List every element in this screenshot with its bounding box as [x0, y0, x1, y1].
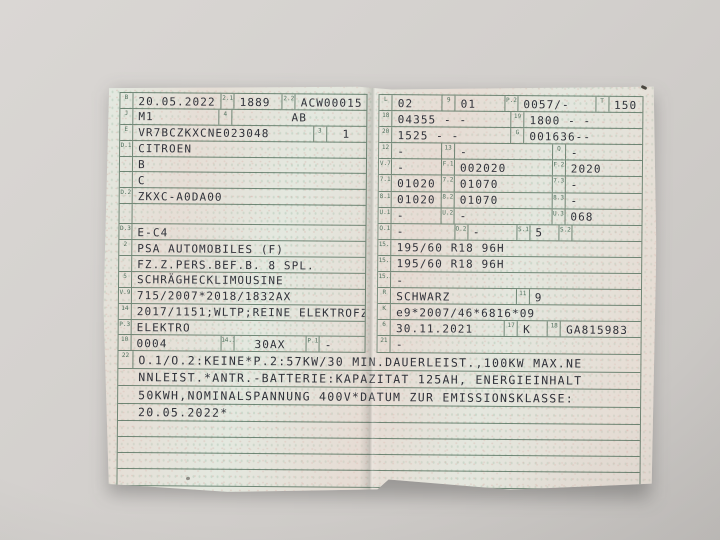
- field-value: ZKXC-A0DA00: [133, 188, 366, 205]
- field-cell: 2PSA AUTOMOBILES (F): [119, 240, 365, 257]
- field-code-label: 13: [442, 144, 455, 159]
- field-value: [133, 204, 366, 225]
- field-code-label: 6: [378, 320, 391, 335]
- field-value: 715/2007*2018/1832AX: [132, 288, 365, 305]
- field-code-label: 2.2: [283, 94, 296, 109]
- field-row: 21-: [378, 336, 641, 354]
- field-value: 1889: [235, 94, 282, 109]
- field-cell: Ke9*2007/46*6816*09: [378, 304, 641, 321]
- field-cell: EVR7BCZKXCNE023048: [120, 125, 313, 141]
- field-row: C: [120, 172, 366, 190]
- field-value: 01020: [392, 192, 441, 207]
- field-code-label: 15.3: [378, 272, 391, 287]
- field-cell: 119: [516, 289, 641, 305]
- field-cell: 901: [442, 95, 505, 111]
- field-code-label: 8.3: [552, 193, 565, 208]
- field-code-label: E: [120, 125, 133, 140]
- field-code-label: [118, 369, 133, 386]
- field-row: B: [120, 157, 366, 175]
- field-code-label: 22: [118, 351, 133, 368]
- field-row: 2PSA AUTOMOBILES (F): [119, 240, 365, 258]
- field-code-label: U.3: [552, 209, 565, 224]
- field-value: [572, 225, 641, 241]
- field-row: P.3ELEKTRO: [119, 320, 365, 338]
- field-code-label: B: [120, 93, 133, 108]
- remarks-section: 22O.1/O.2:KEINE*P.2:57KW/30 MIN.DAUERLEI…: [116, 351, 641, 494]
- field-value: 30.11.2021: [391, 320, 504, 336]
- field-code-label: R: [378, 288, 391, 303]
- field-code-label: G: [511, 128, 524, 143]
- field-code-label: P.2: [505, 96, 518, 111]
- field-value: ELEKTRO: [132, 320, 365, 337]
- field-code-label: 15.2: [379, 256, 392, 271]
- field-code-label: 18: [548, 322, 561, 337]
- field-cell: 191800 - -: [510, 112, 642, 128]
- field-cell: B: [120, 157, 366, 174]
- field-code-label: V.9: [119, 288, 132, 303]
- field-value: M1: [133, 109, 218, 125]
- field-value: -: [455, 208, 552, 224]
- field-value: 068: [565, 209, 641, 225]
- field-cell: 7.201070: [441, 176, 552, 192]
- field-code-label: [119, 256, 132, 271]
- field-row: B20.05.20222.118892.2ACW00015 2: [120, 93, 366, 111]
- field-code-label: 10: [119, 335, 132, 350]
- field-code-label: U.1: [379, 208, 392, 223]
- field-cell: 7.101020: [379, 175, 441, 191]
- field-code-label: F.2: [553, 161, 566, 176]
- field-value: B: [133, 157, 366, 174]
- field-cell: 15.2195/60 R18 96H: [379, 256, 642, 273]
- left-column: B20.05.20222.118892.2ACW00015 2JM14ABEVR…: [118, 92, 368, 353]
- field-value: GA815983: [561, 322, 641, 338]
- field-cell: S.2: [558, 225, 641, 241]
- field-cell: P.1-: [306, 337, 365, 352]
- field-cell: 7.3-: [552, 177, 642, 193]
- field-value: 002020: [455, 160, 552, 176]
- field-code-label: 7.1: [379, 175, 392, 190]
- field-cell: 18GA815983: [547, 322, 641, 338]
- field-code-label: 17: [505, 321, 518, 336]
- field-cell: 5SCHRÄGHECKLIMOUSINE: [119, 272, 365, 289]
- field-value: FZ.Z.PERS.BEF.B. 8 SPL.: [132, 256, 365, 273]
- field-cell: B20.05.2022: [120, 93, 220, 109]
- field-cell: 142017/1151;WLTP;REINE ELEKTROFZ: [119, 304, 365, 321]
- field-cell: O.1-: [379, 224, 454, 240]
- field-cell: 31: [313, 126, 366, 141]
- field-row: V.9715/2007*2018/1832AX: [119, 288, 365, 306]
- field-value: -: [468, 224, 517, 239]
- field-value: K: [518, 321, 547, 336]
- field-cell: 12-: [379, 143, 441, 159]
- field-code-label: 4: [219, 110, 232, 125]
- field-value: AB: [232, 110, 366, 126]
- field-code-label: 20: [380, 127, 393, 142]
- field-code-label: 18: [380, 111, 393, 126]
- field-value: PSA AUTOMOBILES (F): [132, 240, 365, 257]
- field-cell: U.1-: [379, 208, 441, 224]
- field-cell: 2.2ACW00015 2: [282, 94, 367, 110]
- field-value: 5: [530, 225, 558, 240]
- field-cell: 201525 - -: [380, 127, 511, 143]
- field-value: 0004: [132, 336, 221, 352]
- field-code-label: P.3: [119, 320, 132, 335]
- field-code-label: [120, 157, 133, 172]
- field-row: 5SCHRÄGHECKLIMOUSINE: [119, 272, 365, 290]
- field-code-label: 11: [517, 289, 530, 304]
- field-code-label: T: [596, 97, 609, 112]
- field-cell: RSCHWARZ: [378, 288, 516, 304]
- field-cell: 17K: [504, 321, 547, 336]
- field-code-label: 8.2: [442, 192, 455, 207]
- field-row: D.3E-C4: [119, 224, 365, 242]
- field-cell: 15.3-: [378, 272, 641, 289]
- field-code-label: L: [380, 95, 393, 110]
- field-code-label: 2: [119, 240, 132, 255]
- field-cell: 8.201070: [441, 192, 552, 208]
- field-value: 195/60 R18 96H: [392, 240, 642, 257]
- registration-document: B20.05.20222.118892.2ACW00015 2JM14ABEVR…: [100, 80, 657, 498]
- field-cell: T150: [595, 97, 642, 112]
- field-value: -: [566, 177, 642, 193]
- field-code-label: [120, 172, 133, 187]
- field-value: 04355 - -: [393, 111, 511, 127]
- field-cell: JM1: [120, 109, 218, 125]
- field-value: -: [392, 159, 441, 174]
- document-table: B20.05.20222.118892.2ACW00015 2JM14ABEVR…: [116, 92, 643, 494]
- field-cell: FZ.Z.PERS.BEF.B. 8 SPL.: [119, 256, 365, 273]
- field-code-label: U.2: [442, 208, 455, 223]
- field-cell: 630.11.2021: [378, 320, 504, 336]
- field-row: [117, 469, 639, 489]
- field-cell: D.1CITROEN: [120, 141, 366, 158]
- field-row: 142017/1151;WLTP;REINE ELEKTROFZ: [119, 304, 365, 322]
- field-cell: F.22020: [552, 161, 642, 177]
- field-row: JM14AB: [120, 109, 366, 127]
- photo-background: B20.05.20222.118892.2ACW00015 2JM14ABEVR…: [0, 0, 720, 540]
- field-value: E-C4: [132, 224, 365, 241]
- field-code-label: 14.1: [221, 336, 234, 351]
- field-code-label: D.2: [120, 188, 133, 203]
- field-cell: 8.3-: [551, 193, 641, 209]
- field-cell: 100004: [119, 335, 221, 351]
- field-value: SCHRÄGHECKLIMOUSINE: [132, 272, 365, 289]
- field-value: SCHWARZ: [391, 288, 516, 304]
- field-value: -: [566, 145, 642, 161]
- field-cell: D.3E-C4: [119, 224, 365, 241]
- field-code-label: K: [378, 304, 391, 319]
- field-value: -: [391, 272, 641, 289]
- field-value: -: [391, 337, 641, 354]
- field-code-label: 15.1: [379, 240, 392, 255]
- field-value: 2017/1151;WLTP;REINE ELEKTROFZ: [132, 304, 365, 321]
- field-code-label: [118, 437, 133, 452]
- field-value: 9: [530, 289, 641, 305]
- field-code-label: 12: [379, 143, 392, 158]
- field-row: FZ.Z.PERS.BEF.B. 8 SPL.: [119, 256, 365, 274]
- field-code-label: 7.3: [553, 177, 566, 192]
- field-value: 0057/-: [518, 96, 595, 112]
- field-code-label: V.7: [379, 159, 392, 174]
- field-value: 2020: [566, 161, 642, 177]
- field-cell: U.3068: [551, 209, 641, 225]
- field-code-label: 19: [511, 112, 524, 127]
- field-code-label: 14: [119, 304, 132, 319]
- field-code-label: 2.1: [222, 94, 235, 109]
- field-row: D.1CITROEN: [120, 141, 366, 159]
- field-code-label: O.2: [455, 224, 468, 239]
- field-cell: 21-: [378, 336, 641, 353]
- field-value: -: [392, 208, 441, 223]
- field-code-label: 8.1: [379, 192, 392, 207]
- field-code-label: D.3: [119, 224, 132, 239]
- field-cell: 14.130AX: [220, 336, 306, 352]
- field-value: 01020: [392, 176, 441, 191]
- field-value: 01070: [455, 192, 552, 208]
- field-value: 150: [609, 97, 642, 112]
- field-code-label: [118, 421, 133, 436]
- field-cell: F.1002020: [441, 160, 552, 176]
- field-row: D.2ZKXC-A0DA00: [120, 188, 366, 206]
- field-code-label: 3: [314, 126, 327, 141]
- field-code-label: [118, 453, 133, 468]
- field-row: 10000414.130AXP.1-: [119, 335, 365, 353]
- field-value: C: [133, 173, 366, 190]
- field-code-label: [120, 204, 133, 223]
- field-cell: Q-: [552, 145, 642, 161]
- field-code-label: D.1: [120, 141, 133, 156]
- field-value: 1: [327, 126, 366, 141]
- field-value: 195/60 R18 96H: [392, 256, 642, 273]
- field-code-label: 5: [119, 272, 132, 287]
- field-code-label: Q: [553, 145, 566, 160]
- field-code-label: P.1: [307, 337, 320, 352]
- field-value: 01070: [455, 176, 552, 192]
- field-code-label: [117, 469, 132, 484]
- field-cell: 8.101020: [379, 192, 441, 208]
- field-code-label: 7.2: [442, 176, 455, 191]
- field-cell: [117, 469, 639, 488]
- field-value: 20.05.2022: [133, 93, 220, 109]
- field-code-label: 21: [378, 336, 391, 351]
- field-value: -: [392, 224, 454, 240]
- field-code-label: S.2: [559, 225, 572, 240]
- field-value: -: [565, 193, 641, 209]
- field-value: -: [392, 143, 441, 158]
- field-cell: V.9715/2007*2018/1832AX: [119, 288, 365, 305]
- field-cell: O.2-: [454, 224, 517, 240]
- field-cell: P.3ELEKTRO: [119, 320, 365, 337]
- field-cell: D.2ZKXC-A0DA00: [120, 188, 366, 205]
- field-code-label: J: [120, 109, 133, 124]
- field-row: EVR7BCZKXCNE02304831: [120, 125, 366, 143]
- field-cell: 4AB: [218, 110, 366, 126]
- field-cell: V.7-: [379, 159, 441, 175]
- upper-grid: B20.05.20222.118892.2ACW00015 2JM14ABEVR…: [118, 92, 644, 355]
- field-cell: U.2-: [441, 208, 552, 224]
- field-value: VR7BCZKXCNE023048: [133, 125, 313, 141]
- field-code-label: 9: [443, 95, 456, 110]
- field-cell: G001636--: [510, 128, 642, 144]
- field-cell: 15.1195/60 R18 96H: [379, 240, 642, 257]
- field-cell: P.20057/-: [504, 96, 595, 112]
- field-code-label: O.1: [379, 224, 392, 239]
- field-code-label: [118, 403, 133, 420]
- field-value: 1525 - -: [393, 127, 511, 143]
- field-cell: L02: [380, 95, 442, 111]
- field-cell: 1804355 - -: [380, 111, 511, 127]
- field-cell: C: [120, 172, 366, 189]
- field-cell: [120, 204, 366, 225]
- field-code-label: F.1: [442, 160, 455, 175]
- field-code-label: S.1: [517, 225, 530, 240]
- field-value: CITROEN: [133, 141, 366, 158]
- field-value: 001636--: [524, 128, 642, 144]
- field-cell: 13-: [441, 144, 552, 160]
- field-row: [120, 204, 366, 226]
- field-value: ACW00015 2: [296, 94, 367, 109]
- field-cell: S.15: [516, 225, 558, 240]
- field-code-label: [118, 386, 133, 403]
- field-value: e9*2007/46*6816*09: [391, 304, 641, 321]
- field-value: 02: [393, 95, 442, 110]
- field-value: -: [320, 337, 365, 352]
- right-column: L02901P.20057/-T1501804355 - -191800 - -…: [377, 94, 644, 355]
- field-cell: 2.11889: [221, 94, 282, 109]
- field-value: -: [455, 144, 552, 160]
- field-value: 30AX: [234, 336, 306, 351]
- field-value: 1800 - -: [524, 112, 642, 128]
- field-value: 01: [456, 96, 505, 111]
